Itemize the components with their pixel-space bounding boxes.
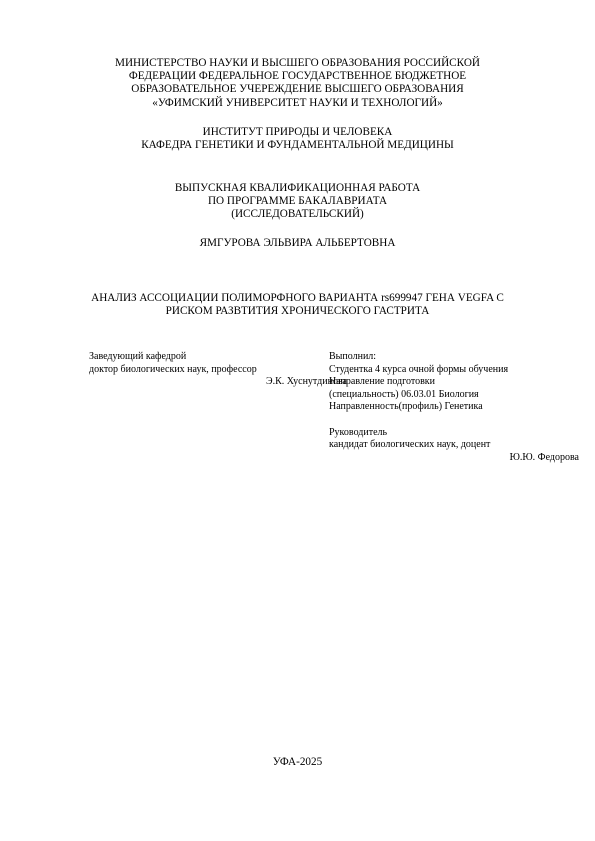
city-year: УФА-2025	[0, 756, 595, 769]
head-name: Э.К. Хуснутдинова	[89, 376, 347, 389]
head-degree: доктор биологических наук, профессор	[89, 364, 347, 377]
head-of-department-block: Заведующий кафедрой доктор биологических…	[89, 351, 347, 389]
performer-line: Направление подготовки	[329, 376, 579, 389]
ministry-header: МИНИСТЕРСТВО НАУКИ И ВЫСШЕГО ОБРАЗОВАНИЯ…	[0, 57, 595, 110]
performer-label: Выполнил:	[329, 351, 579, 364]
department-name: КАФЕДРА ГЕНЕТИКИ И ФУНДАМЕНТАЛЬНОЙ МЕДИЦ…	[0, 139, 595, 152]
performer-line: Студентка 4 курса очной формы обучения	[329, 364, 579, 377]
work-type: ВЫПУСКНАЯ КВАЛИФИКАЦИОННАЯ РАБОТА ПО ПРО…	[0, 182, 595, 222]
ministry-line: ФЕДЕРАЦИИ ФЕДЕРАЛЬНОЕ ГОСУДАРСТВЕННОЕ БЮ…	[0, 70, 595, 83]
ministry-line: МИНИСТЕРСТВО НАУКИ И ВЫСШЕГО ОБРАЗОВАНИЯ…	[0, 57, 595, 70]
institute-header: ИНСТИТУТ ПРИРОДЫ И ЧЕЛОВЕКА КАФЕДРА ГЕНЕ…	[0, 126, 595, 152]
performer-line: Направленность(профиль) Генетика	[329, 401, 579, 414]
author-name: ЯМГУРОВА ЭЛЬВИРА АЛЬБЕРТОВНА	[0, 237, 595, 250]
thesis-title-line: АНАЛИЗ АССОЦИАЦИИ ПОЛИМОРФНОГО ВАРИАНТА …	[0, 292, 595, 305]
ministry-line: ОБРАЗОВАТЕЛЬНОЕ УЧЕРЕЖДЕНИЕ ВЫСШЕГО ОБРА…	[0, 83, 595, 96]
work-type-line: (ИССЛЕДОВАТЕЛЬСКИЙ)	[0, 208, 595, 221]
supervisor-degree: кандидат биологических наук, доцент	[329, 439, 579, 452]
city-year-text: УФА-2025	[0, 756, 595, 769]
author-name-text: ЯМГУРОВА ЭЛЬВИРА АЛЬБЕРТОВНА	[0, 237, 595, 250]
performer-line: (специальность) 06.03.01 Биология	[329, 389, 579, 402]
supervisor-role: Руководитель	[329, 427, 579, 440]
work-type-line: ВЫПУСКНАЯ КВАЛИФИКАЦИОННАЯ РАБОТА	[0, 182, 595, 195]
performer-supervisor-block: Выполнил: Студентка 4 курса очной формы …	[329, 351, 579, 464]
thesis-title-line: РИСКОМ РАЗВТИТИЯ ХРОНИЧЕСКОГО ГАСТРИТА	[0, 305, 595, 318]
work-type-line: ПО ПРОГРАММЕ БАКАЛАВРИАТА	[0, 195, 595, 208]
university-name: «УФИМСКИЙ УНИВЕРСИТЕТ НАУКИ И ТЕХНОЛОГИЙ…	[0, 97, 595, 110]
head-role: Заведующий кафедрой	[89, 351, 347, 364]
institute-name: ИНСТИТУТ ПРИРОДЫ И ЧЕЛОВЕКА	[0, 126, 595, 139]
supervisor-name: Ю.Ю. Федорова	[329, 452, 579, 465]
spacer	[329, 414, 579, 427]
thesis-title: АНАЛИЗ АССОЦИАЦИИ ПОЛИМОРФНОГО ВАРИАНТА …	[0, 292, 595, 318]
